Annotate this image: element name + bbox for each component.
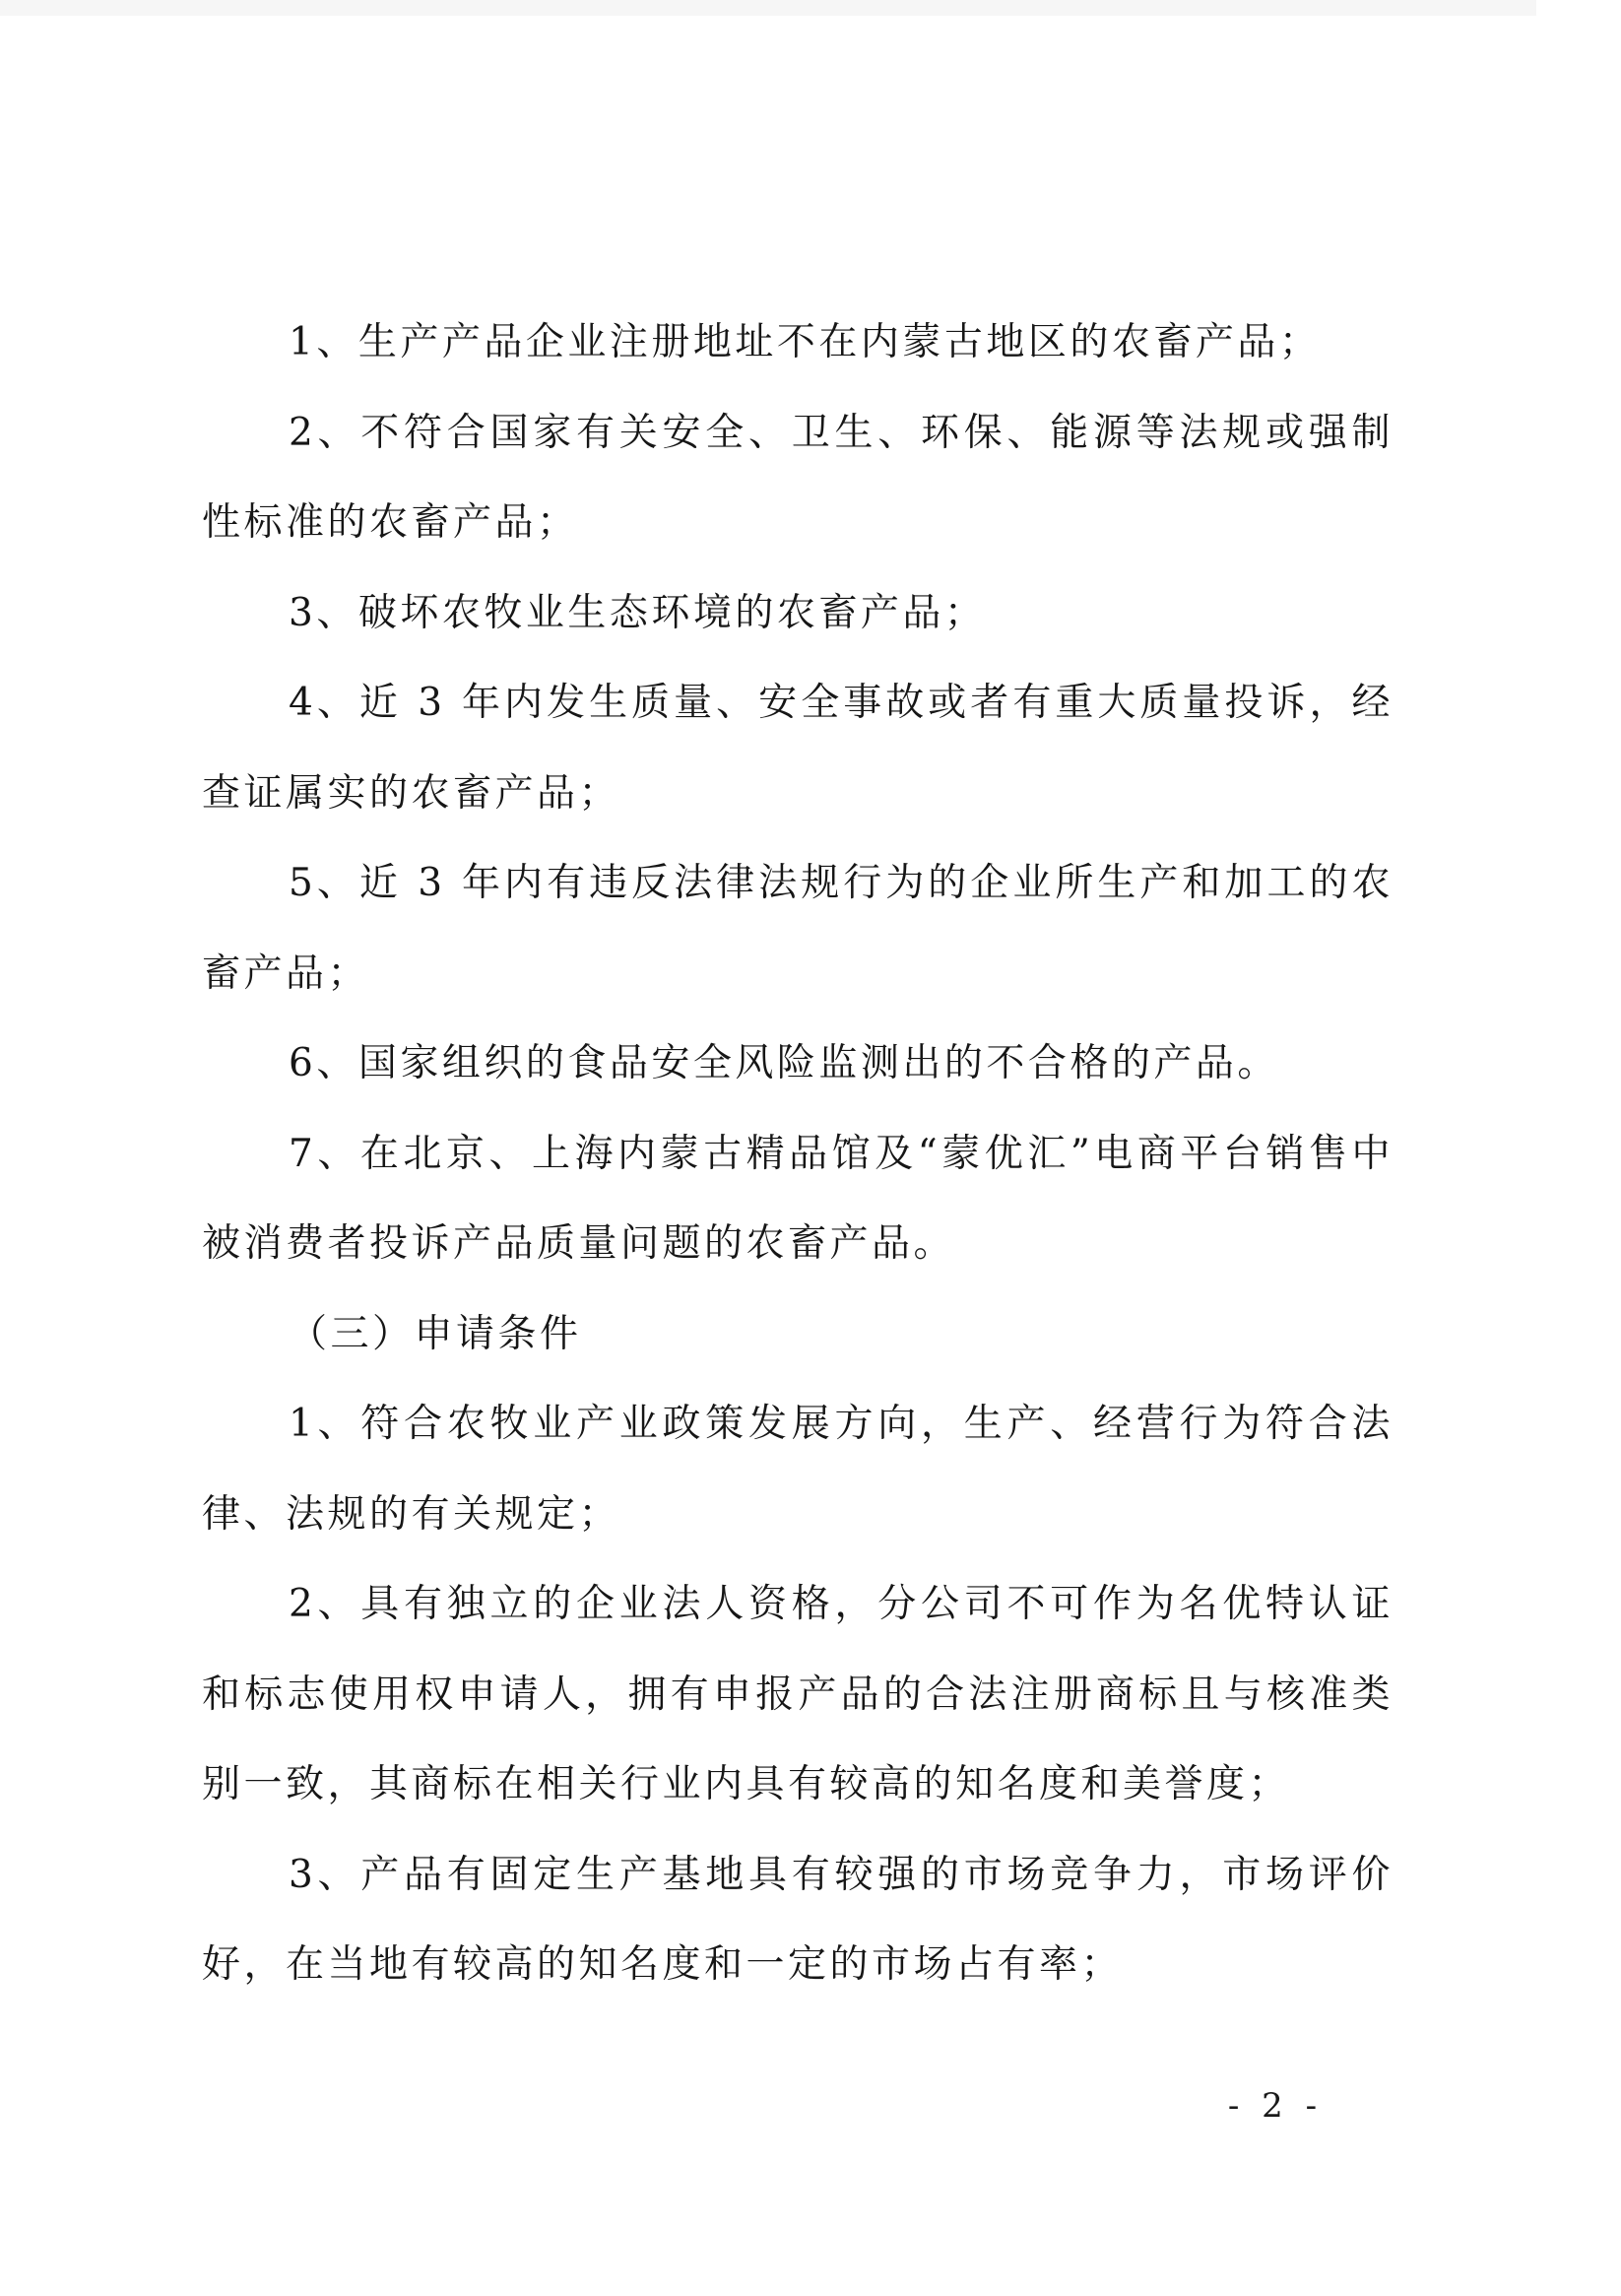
condition-item-2: 2、具有独立的企业法人资格，分公司不可作为名优特认证和标志使用权申请人，拥有申报…	[202, 1559, 1394, 1830]
page-number: - 2 -	[1192, 2086, 1359, 2126]
scan-edge	[0, 0, 1536, 16]
condition-item-3: 3、产品有固定生产基地具有较强的市场竞争力，市场评价好，在当地有较高的知名度和一…	[202, 1830, 1394, 2010]
condition-item-1: 1、符合农牧业产业政策发展方向，生产、经营行为符合法律、法规的有关规定；	[202, 1379, 1394, 1559]
exclusion-item-2: 2、不符合国家有关安全、卫生、环保、能源等法规或强制性标准的农畜产品；	[202, 388, 1394, 568]
document-body: 1、生产产品企业注册地址不在内蒙古地区的农畜产品； 2、不符合国家有关安全、卫生…	[202, 297, 1394, 2010]
section-heading-application-conditions: （三）申请条件	[202, 1289, 1394, 1380]
exclusion-item-3: 3、破坏农牧业生态环境的农畜产品；	[202, 568, 1394, 659]
document-page: 1、生产产品企业注册地址不在内蒙古地区的农畜产品； 2、不符合国家有关安全、卫生…	[0, 0, 1621, 2296]
exclusion-item-7: 7、在北京、上海内蒙古精品馆及“蒙优汇”电商平台销售中被消费者投诉产品质量问题的…	[202, 1109, 1394, 1289]
exclusion-item-6: 6、国家组织的食品安全风险监测出的不合格的产品。	[202, 1018, 1394, 1109]
exclusion-item-4: 4、近 3 年内发生质量、安全事故或者有重大质量投诉，经查证属实的农畜产品；	[202, 658, 1394, 838]
exclusion-item-1: 1、生产产品企业注册地址不在内蒙古地区的农畜产品；	[202, 297, 1394, 388]
exclusion-item-5: 5、近 3 年内有违反法律法规行为的企业所生产和加工的农畜产品；	[202, 838, 1394, 1018]
